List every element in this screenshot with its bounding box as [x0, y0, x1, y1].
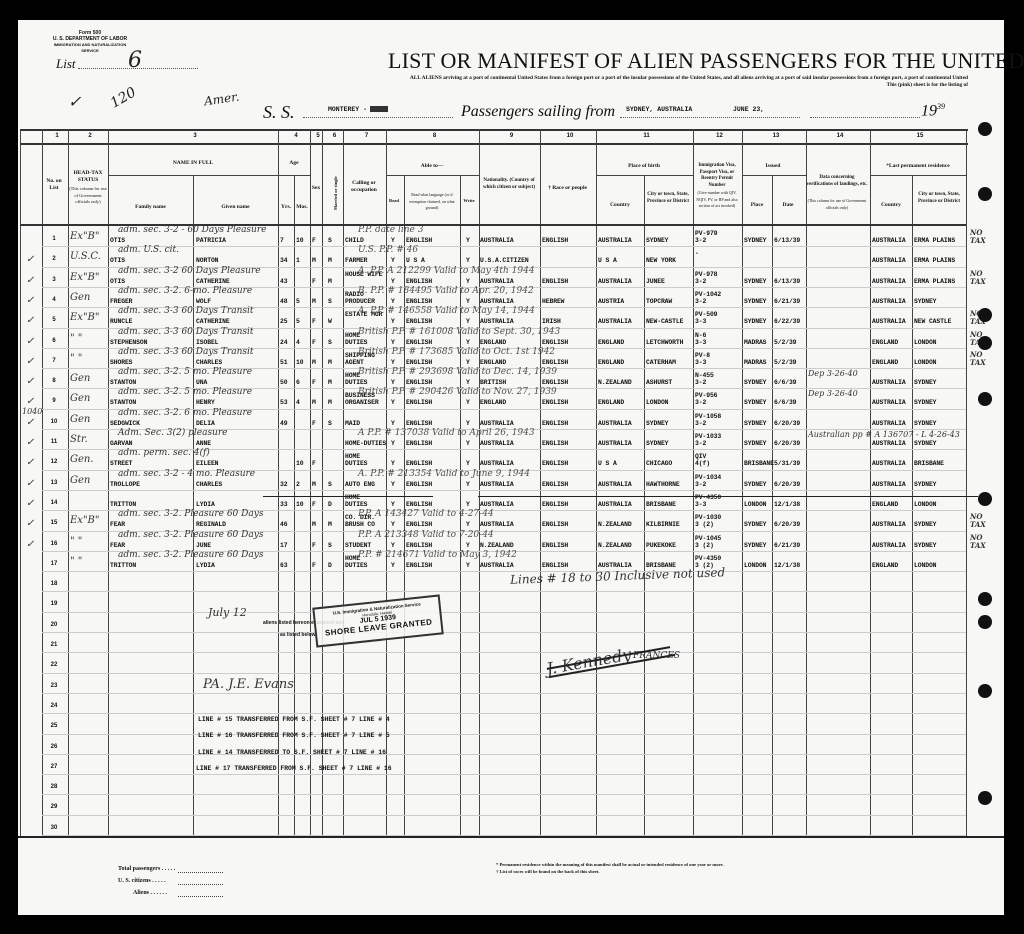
citizens-line	[178, 884, 223, 885]
column-number: 12	[695, 133, 744, 139]
column-number: 13	[744, 133, 808, 139]
header-nationality: Nationality. (Country of which citizen o…	[479, 178, 539, 191]
check-mark-icon: ✓	[26, 275, 34, 286]
language: ENGLISH	[406, 379, 432, 386]
language: ENGLISH	[406, 501, 432, 508]
issued-date: 6/6/39	[774, 399, 796, 406]
residence-country: ENGLAND	[872, 501, 898, 508]
family-name: STEPHENSON	[110, 339, 147, 346]
residence-city: SYDNEY	[914, 542, 936, 549]
birth-city: PUKEKOKE	[646, 542, 676, 549]
header-res-country: Country	[870, 202, 912, 209]
header-visa-note: (Give number with QIV, NQIV, PV, or RP a…	[693, 190, 741, 210]
check-mark-icon: ✓	[26, 254, 34, 265]
header-read: Read	[386, 198, 402, 205]
page-subtitle: ALL ALIENS arriving at a port of contine…	[203, 75, 968, 88]
check-mark-icon: ✓	[26, 457, 34, 468]
race: ENGLISH	[542, 379, 568, 386]
residence-city: SYDNEY	[914, 379, 936, 386]
row-number: 21	[44, 642, 64, 648]
language: U S A	[406, 257, 425, 264]
row-number: 16	[44, 541, 64, 547]
head-tax-status: " "	[70, 536, 82, 547]
header-head-tax-note: (This column for use of Government offic…	[68, 186, 108, 206]
birth-country: AUSTRALIA	[598, 440, 632, 447]
admission-annotation: adm. sec. 3-3 60 Days Transit	[118, 306, 253, 316]
age-years: 32	[280, 481, 287, 488]
race: ENGLISH	[542, 562, 568, 569]
residence-city: SYDNEY	[914, 521, 936, 528]
column-number: 8	[388, 133, 481, 139]
head-tax-status: Ex"B"	[70, 272, 100, 283]
head-tax-status: U.S.C.	[70, 251, 101, 262]
row-rule	[42, 246, 966, 247]
passport-note: British P.P. # 173685 Valid to Oct. 1st …	[358, 347, 555, 357]
race: ENGLISH	[542, 359, 568, 366]
can-write: Y	[466, 318, 470, 325]
age-months: 5	[296, 318, 300, 325]
check-mark-icon: ✓	[26, 437, 34, 448]
column-rule	[108, 129, 109, 836]
family-name: RUNCLE	[110, 318, 132, 325]
column-rule	[278, 129, 279, 836]
row-number: 1	[44, 236, 64, 242]
row-number: 29	[44, 804, 64, 810]
issued-place: SYDNEY	[744, 481, 766, 488]
issued-place: SYDNEY	[744, 278, 766, 285]
can-read: Y	[391, 278, 395, 285]
can-read: Y	[391, 521, 395, 528]
head-tax-status: Gen	[70, 475, 90, 486]
marital-status: D	[328, 562, 332, 569]
issued-date: 6/21/39	[774, 542, 800, 549]
can-read: Y	[391, 420, 395, 427]
issued-date: 5/2/39	[774, 339, 796, 346]
birth-city: CATERHAM	[646, 359, 676, 366]
nationality: AUSTRALIA	[480, 237, 514, 244]
row-number: 10	[44, 419, 64, 425]
age-months: 2	[296, 481, 300, 488]
can-read: Y	[391, 298, 395, 305]
occupation: HOME DUTIES	[345, 453, 385, 467]
row-number: 22	[44, 662, 64, 668]
admission-annotation: adm. sec. 3-2. 6 mo. Pleasure	[118, 408, 252, 418]
birth-country: N.ZEALAND	[598, 379, 632, 386]
race: ENGLISH	[542, 460, 568, 467]
binder-hole	[978, 684, 992, 698]
marital-status: M	[328, 399, 332, 406]
column-rule	[806, 129, 807, 836]
port-line	[620, 117, 800, 118]
check-mark-icon: ✓	[26, 417, 34, 428]
visa-number: PV-978 3-2	[695, 271, 717, 285]
admission-annotation: Adm. Sec. 3(2) pleasure	[118, 428, 227, 438]
race: IRISH	[542, 318, 561, 325]
check-mark-icon: ✓	[26, 539, 34, 550]
column-number: 11	[598, 133, 695, 139]
nationality: AUSTRALIA	[480, 440, 514, 447]
issued-date: 6/6/39	[774, 379, 796, 386]
transfer-note-1: LINE # 15 TRANSFERRED FROM S.F. SHEET # …	[198, 716, 390, 723]
given-name: CHARLES	[196, 481, 222, 488]
visa-number: PV-979 3-2	[695, 230, 717, 244]
can-read: Y	[391, 237, 395, 244]
residence-country: AUSTRALIA	[872, 521, 906, 528]
marital-status: S	[328, 339, 332, 346]
occupation: STUDENT	[345, 542, 371, 549]
nationality: AUSTRALIA	[480, 420, 514, 427]
check-mark-icon: ✓	[26, 478, 34, 489]
can-read: Y	[391, 562, 395, 569]
binder-hole	[978, 187, 992, 201]
tax-note: NO TAX	[970, 534, 994, 550]
occupation: HOME-DUTIES	[345, 440, 386, 447]
can-read: Y	[391, 399, 395, 406]
birth-country: U S A	[598, 257, 617, 264]
subcolumn-rule	[772, 175, 773, 836]
visa-number: PV-1030 3 (2)	[695, 514, 721, 528]
residence-country: ENGLAND	[872, 359, 898, 366]
passport-note: P.P. A 143427 Valid to 4-27-44	[358, 509, 494, 519]
tax-note: NO TAX	[970, 229, 994, 245]
issued-place: SYDNEY	[744, 318, 766, 325]
sex: F	[312, 318, 316, 325]
birth-city: JUNEE	[646, 278, 665, 285]
birth-country: AUSTRALIA	[598, 420, 632, 427]
admission-annotation: adm. sec. 3-2 60 Days Pleasure	[118, 266, 261, 276]
binder-hole	[978, 791, 992, 805]
can-write: Y	[466, 399, 470, 406]
language: ENGLISH	[406, 420, 432, 427]
residence-city: LONDON	[914, 562, 936, 569]
subtitle-line-2: This (pink) sheet is for the listing of	[203, 82, 968, 89]
sailing-label: Passengers sailing from	[461, 103, 615, 121]
certification-line-2: as listed below	[280, 632, 316, 638]
age-months: 6	[296, 379, 300, 386]
can-read: Y	[391, 481, 395, 488]
given-name: CHARLES	[196, 359, 222, 366]
passport-note: A. P.P. # 213354 Valid to June 9, 1944	[358, 469, 530, 479]
tax-note: NO TAX	[970, 270, 994, 286]
residence-country: AUSTRALIA	[872, 420, 906, 427]
sex: F	[312, 379, 316, 386]
birth-city: KILBIRNIE	[646, 521, 680, 528]
check-mark-icon: ✓	[26, 295, 34, 306]
nationality: N.ZEALAND	[480, 542, 514, 549]
birth-country: AUSTRALIA	[598, 278, 632, 285]
given-name: ISOBEL	[196, 339, 218, 346]
header-last-residence: *Last permanent residence	[870, 163, 966, 170]
head-tax-status: " "	[70, 556, 82, 567]
race: ENGLISH	[542, 440, 568, 447]
given-name: LYDIA	[196, 562, 215, 569]
column-number: 14	[808, 133, 872, 139]
sex: F	[312, 278, 316, 285]
occupation: MAID	[345, 420, 360, 427]
birth-city: NEW-CASTLE	[646, 318, 683, 325]
age-years: 49	[280, 420, 287, 427]
passport-note: A. P.P. # 146558 Valid to May 14, 1944	[358, 306, 535, 316]
birth-city: ASHURST	[646, 379, 672, 386]
check-mark-icon: ✓	[26, 356, 34, 367]
family-name: SEDGWICK	[110, 420, 140, 427]
issued-place: MADRAS	[744, 339, 766, 346]
shore-leave-stamp: U.S. Immigration & Naturalization Servic…	[312, 594, 443, 647]
transfer-note-2: LINE # 16 TRANSFERRED FROM S.F. SHEET # …	[198, 732, 390, 739]
manifest-page: Form 500 U. S. DEPARTMENT OF LABOR IMMIG…	[18, 20, 1004, 915]
header-sex: Sex	[310, 185, 322, 192]
nationality: AUSTRALIA	[480, 460, 514, 467]
header-race: † Race or people	[540, 185, 595, 192]
given-name: PATRICIA	[196, 237, 226, 244]
birth-city: NEW YORK	[646, 257, 676, 264]
row-number: 8	[44, 378, 64, 384]
visa-number: N-455 3-2	[695, 372, 714, 386]
given-name: NORTON	[196, 257, 218, 264]
can-read: Y	[391, 318, 395, 325]
row-number: 7	[44, 358, 64, 364]
issued-place: SYDNEY	[744, 298, 766, 305]
row-rule	[42, 713, 966, 714]
header-visa: Immigration Visa, Passport Visa, or Reen…	[693, 163, 741, 189]
race: ENGLISH	[542, 399, 568, 406]
can-write: Y	[466, 481, 470, 488]
birth-city: LONDON	[646, 399, 668, 406]
ship-line	[303, 117, 453, 118]
passport-note: P.P. A 213348 Valid to 7-20-44	[358, 530, 494, 540]
birth-country: ENGLAND	[598, 399, 624, 406]
sex: M	[312, 257, 316, 264]
can-write: Y	[466, 379, 470, 386]
birth-country: AUSTRIA	[598, 298, 624, 305]
sex: M	[312, 521, 316, 528]
row-rule	[42, 632, 966, 633]
nationality: AUSTRALIA	[480, 562, 514, 569]
nationality: AUSTRALIA	[480, 278, 514, 285]
head-tax-status: " "	[70, 353, 82, 364]
column-rule	[68, 129, 69, 836]
check-mark-icon: ✓	[26, 315, 34, 326]
issued-date: 6/20/39	[774, 440, 800, 447]
marital-status: S	[328, 542, 332, 549]
age-months: 4	[296, 339, 300, 346]
ship-name: MONTEREY -	[328, 106, 367, 113]
residence-city: LONDON	[914, 501, 936, 508]
column-number: 2	[70, 133, 110, 139]
header-age: Age	[278, 160, 310, 167]
can-write: Y	[466, 359, 470, 366]
family-name: STREET	[110, 460, 132, 467]
age-months: 10	[296, 359, 303, 366]
header-mos: Mos.	[294, 204, 310, 211]
nationality: U.S.A.CITIZEN	[480, 257, 529, 264]
age-years: 53	[280, 399, 287, 406]
passport-note: British P.P. # 290426 Valid to Nov. 27, …	[358, 387, 557, 397]
row-number: 14	[44, 500, 64, 506]
issued-place: SYDNEY	[744, 542, 766, 549]
given-name: REGINALD	[196, 521, 226, 528]
age-years: 7	[280, 237, 284, 244]
given-name: HENRY	[196, 399, 215, 406]
header-married: Married or single	[333, 173, 340, 213]
marital-status: S	[328, 298, 332, 305]
visa-number: PV-1033 3-2	[695, 433, 721, 447]
language: ENGLISH	[406, 318, 432, 325]
age-years: 51	[280, 359, 287, 366]
header-issued-date: Date	[772, 202, 804, 209]
age-years: 25	[280, 318, 287, 325]
language: ENGLISH	[406, 562, 432, 569]
visa-number: PV-1034 3-2	[695, 474, 721, 488]
verification-note: Dep 3-26-40	[808, 389, 858, 398]
column-number: 4	[280, 133, 312, 139]
header-name-in-full: NAME IN FULL	[108, 160, 278, 167]
check-mark-icon: ✓	[26, 336, 34, 347]
footnote-residence: * Permanent residence within the meaning…	[496, 862, 724, 867]
binder-hole	[978, 592, 992, 606]
admission-annotation: adm. sec. 3-2 - 4 mo. Pleasure	[118, 469, 255, 479]
verification-note: Dep 3-26-40	[808, 369, 858, 378]
grid-bottom-rule	[18, 836, 1004, 838]
column-number: 3	[110, 133, 280, 139]
head-tax-status: Ex"B"	[70, 515, 100, 526]
column-number: 9	[481, 133, 542, 139]
nationality: AUSTRALIA	[480, 318, 514, 325]
residence-city: ERMA PLAINS	[914, 237, 955, 244]
check-mark-icon: ✓	[26, 396, 34, 407]
binder-hole	[978, 392, 992, 406]
race: ENGLISH	[542, 542, 568, 549]
visa-number: N-6 3-3	[695, 332, 706, 346]
age-years: 48	[280, 298, 287, 305]
admission-annotation: adm. sec. 3-2. 6-mo. Pleasure	[118, 286, 252, 296]
language: ENGLISH	[406, 237, 432, 244]
column-rule	[742, 129, 743, 836]
ss-label: S. S.	[263, 102, 295, 123]
language: ENGLISH	[406, 481, 432, 488]
residence-city: ERMA PLAINS	[914, 278, 955, 285]
strike-row-14-b	[478, 496, 978, 497]
residence-country: AUSTRALIA	[872, 379, 906, 386]
subcolumn-rule	[644, 175, 645, 836]
column-rule	[20, 129, 21, 836]
residence-city: SYDNEY	[914, 399, 936, 406]
strike-row-14-a	[263, 496, 433, 497]
given-name: CATHERINE	[196, 278, 230, 285]
row-number: 13	[44, 480, 64, 486]
list-number: 6	[128, 48, 142, 73]
sex: M	[312, 298, 316, 305]
header-place-of-birth: Place of birth	[596, 163, 692, 170]
given-name: DELIA	[196, 420, 215, 427]
header-subrule	[742, 175, 806, 176]
nationality: AUSTRALIA	[480, 501, 514, 508]
binder-hole	[978, 615, 992, 629]
family-name: GARVAN	[110, 440, 132, 447]
head-tax-status: Str.	[70, 434, 88, 445]
can-write: Y	[466, 501, 470, 508]
marital-status: M	[328, 521, 332, 528]
birth-country: AUSTRALIA	[598, 501, 632, 508]
race: ENGLISH	[542, 237, 568, 244]
binder-hole	[978, 308, 992, 322]
column-rule	[870, 129, 871, 836]
row-rule	[42, 815, 966, 816]
nationality: ENGLAND	[480, 339, 506, 346]
can-read: Y	[391, 257, 395, 264]
issued-place: SYDNEY	[744, 399, 766, 406]
sex: M	[312, 359, 316, 366]
row-rule	[42, 734, 966, 735]
nationality: BRITISH	[480, 379, 506, 386]
family-name: TROLLOPE	[110, 481, 140, 488]
language: ENGLISH	[406, 339, 432, 346]
occupation: CHILD	[345, 237, 364, 244]
row-number: 25	[44, 723, 64, 729]
header-write: Write	[460, 198, 478, 205]
can-read: Y	[391, 440, 395, 447]
row-rule	[42, 774, 966, 775]
age-years: 43	[280, 278, 287, 285]
can-write: Y	[466, 298, 470, 305]
language: ENGLISH	[406, 298, 432, 305]
race: ENGLISH	[542, 420, 568, 427]
marital-status: W	[328, 318, 332, 325]
margin-number: 120	[108, 84, 139, 111]
visa-number: PV-956 3-2	[695, 392, 717, 406]
marital-status: S	[328, 237, 332, 244]
can-write: Y	[466, 257, 470, 264]
row-number: 19	[44, 601, 64, 607]
occupation: FARMER	[345, 257, 367, 264]
birth-city: HAWTHORNE	[646, 481, 680, 488]
header-birth-country: Country	[596, 202, 644, 209]
residence-city: SYDNEY	[914, 420, 936, 427]
page-title: LIST OR MANIFEST OF ALIEN PASSENGERS FOR…	[388, 48, 1024, 74]
age-months: 5	[296, 298, 300, 305]
head-tax-status: Gen	[70, 393, 90, 404]
can-read: Y	[391, 379, 395, 386]
residence-country: AUSTRALIA	[872, 237, 906, 244]
passport-note: A P.P. # 137038 Valid to April 26, 1943	[358, 428, 535, 438]
row-number: 5	[44, 317, 64, 323]
issued-date: 6/20/39	[774, 420, 800, 427]
corner-annotation: Amer.	[203, 90, 240, 109]
admission-annotation: adm. sec. 3-2. 5 mo. Pleasure	[118, 387, 252, 397]
transfer-note-3: LINE # 14 TRANSFERRED TO S.F. SHEET # 7 …	[198, 749, 386, 756]
birth-city: TOPCRAW	[646, 298, 672, 305]
can-write: Y	[466, 440, 470, 447]
sex: M	[312, 481, 316, 488]
issued-date: 5/2/39	[774, 359, 796, 366]
head-tax-status: Ex"B"	[70, 231, 100, 242]
birth-city: LETCHWORTH	[646, 339, 683, 346]
issued-date: 6/13/39	[774, 278, 800, 285]
head-tax-status: Gen	[70, 414, 90, 425]
passport-note: British P.P. # 293698 Valid to Dec. 14, …	[358, 367, 557, 377]
family-name: TRITTON	[110, 501, 136, 508]
footnote-races: † List of races will be found on the bac…	[496, 869, 600, 874]
nationality: AUSTRALIA	[480, 521, 514, 528]
family-name: FREGER	[110, 298, 132, 305]
tax-note: NO TAX	[970, 513, 994, 529]
row-rule	[42, 794, 966, 795]
column-rule	[343, 129, 344, 836]
issued-place: BRISBANE	[744, 460, 774, 467]
given-name: EILEEN	[196, 460, 218, 467]
header-no-on-list: No. on List	[42, 178, 66, 191]
binder-hole	[978, 122, 992, 136]
